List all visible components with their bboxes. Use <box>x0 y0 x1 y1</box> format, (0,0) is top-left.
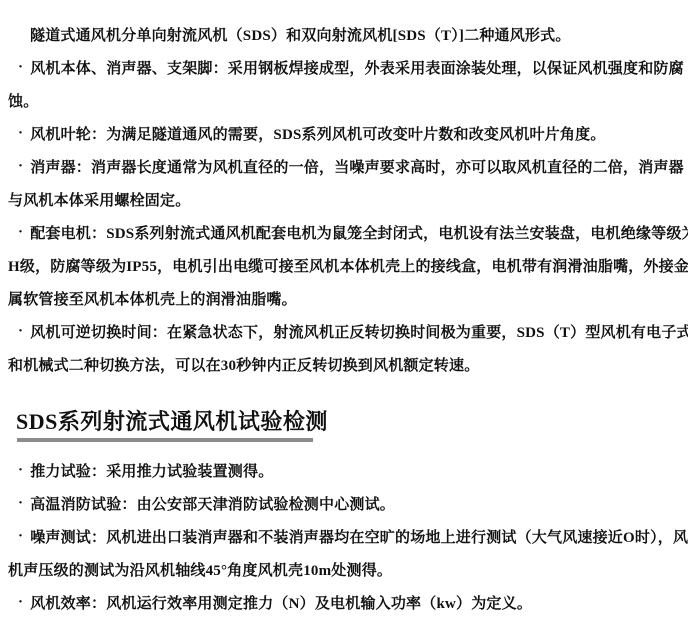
text-line: 属软管接至风机本体机壳上的润滑油脂嘴。 <box>8 282 684 315</box>
text-line: 蚀。 <box>8 84 684 117</box>
text-line-content: 蚀。 <box>8 90 38 111</box>
text-line: H级，防腐等级为IP55，电机引出电缆可接至风机本体机壳上的接线盒，电机带有润滑… <box>8 249 684 282</box>
text-line-content: 高温消防试验：由公安部天津消防试验检测中心测试。 <box>30 493 395 514</box>
bullet-marker: · <box>18 495 23 512</box>
bullet-marker: · <box>18 323 23 340</box>
text-line-content: 与风机本体采用螺栓固定。 <box>8 189 190 210</box>
spec-section: 隧道式通风机分单向射流风机（SDS）和双向射流风机[SDS（T）]二种通风形式。… <box>8 18 684 381</box>
text-line-content: 属软管接至风机本体机壳上的润滑油脂嘴。 <box>8 288 297 309</box>
test-section: ·推力试验：采用推力试验装置测得。·高温消防试验：由公安部天津消防试验检测中心测… <box>8 454 684 619</box>
text-line: 与风机本体采用螺栓固定。 <box>8 183 684 216</box>
text-line: ·配套电机：SDS系列射流式通风机配套电机为鼠笼全封闭式，电机设有法兰安装盘，电… <box>8 216 684 249</box>
text-line: ·风机可逆切换时间：在紧急状态下，射流风机正反转切换时间极为重要，SDS（T）型… <box>8 315 684 348</box>
text-line: ·推力试验：采用推力试验装置测得。 <box>8 454 684 487</box>
text-line-content: 风机叶轮：为满足隧道通风的需要，SDS系列风机可改变叶片数和改变风机叶片角度。 <box>30 123 605 144</box>
text-line-content: 风机本体、消声器、支架脚：采用钢板焊接成型，外表采用表面涂装处理，以保证风机强度… <box>30 57 684 78</box>
text-line: 和机械式二种切换方法，可以在30秒钟内正反转切换到风机额定转速。 <box>8 348 684 381</box>
text-line: ·消声器：消声器长度通常为风机直径的一倍，当噪声要求高时，亦可以取风机直径的二倍… <box>8 150 684 183</box>
text-line-content: 机声压级的测试为沿风机轴线45°角度风机壳10m处测得。 <box>8 559 392 580</box>
bullet-marker: · <box>18 462 23 479</box>
bullet-marker: · <box>18 125 23 142</box>
text-line-content: 噪声测试：风机进出口装消声器和不装消声器均在空旷的场地上进行测试（大气风速接近O… <box>30 526 688 547</box>
text-line: ·噪声测试：风机进出口装消声器和不装消声器均在空旷的场地上进行测试（大气风速接近… <box>8 520 684 553</box>
bullet-marker: · <box>18 528 23 545</box>
text-line-content: 推力试验：采用推力试验装置测得。 <box>30 460 273 481</box>
bullet-marker: · <box>18 158 23 175</box>
text-line-content: 风机效率：风机运行效率用测定推力（N）及电机输入功率（kw）为定义。 <box>30 592 532 613</box>
text-line-content: 隧道式通风机分单向射流风机（SDS）和双向射流风机[SDS（T）]二种通风形式。 <box>30 24 571 45</box>
heading-underline <box>17 438 313 442</box>
text-line-content: H级，防腐等级为IP55，电机引出电缆可接至风机本体机壳上的接线盒，电机带有润滑… <box>8 255 688 276</box>
text-line: ·风机本体、消声器、支架脚：采用钢板焊接成型，外表采用表面涂装处理，以保证风机强… <box>8 51 684 84</box>
text-line-content: 风机可逆切换时间：在紧急状态下，射流风机正反转切换时间极为重要，SDS（T）型风… <box>30 321 688 342</box>
bullet-marker: · <box>18 594 23 611</box>
text-line: ·高温消防试验：由公安部天津消防试验检测中心测试。 <box>8 487 684 520</box>
text-line: ·风机叶轮：为满足隧道通风的需要，SDS系列风机可改变叶片数和改变风机叶片角度。 <box>8 117 684 150</box>
bullet-marker: · <box>18 224 23 241</box>
document-page: 隧道式通风机分单向射流风机（SDS）和双向射流风机[SDS（T）]二种通风形式。… <box>0 0 688 619</box>
text-line: ·风机效率：风机运行效率用测定推力（N）及电机输入功率（kw）为定义。 <box>8 586 684 619</box>
text-line-content: 配套电机：SDS系列射流式通风机配套电机为鼠笼全封闭式，电机设有法兰安装盘，电机… <box>30 222 688 243</box>
section-heading-text: SDS系列射流式通风机试验检测 <box>8 409 684 435</box>
text-line-content: 消声器：消声器长度通常为风机直径的一倍，当噪声要求高时，亦可以取风机直径的二倍，… <box>30 156 684 177</box>
text-line-content: 和机械式二种切换方法，可以在30秒钟内正反转切换到风机额定转速。 <box>8 354 479 375</box>
page: { "colors": { "background": "#ffffff", "… <box>0 0 688 628</box>
text-line: 机声压级的测试为沿风机轴线45°角度风机壳10m处测得。 <box>8 553 684 586</box>
bullet-marker: · <box>18 59 23 76</box>
text-line: 隧道式通风机分单向射流风机（SDS）和双向射流风机[SDS（T）]二种通风形式。 <box>8 18 684 51</box>
section-heading: SDS系列射流式通风机试验检测 <box>8 409 684 442</box>
